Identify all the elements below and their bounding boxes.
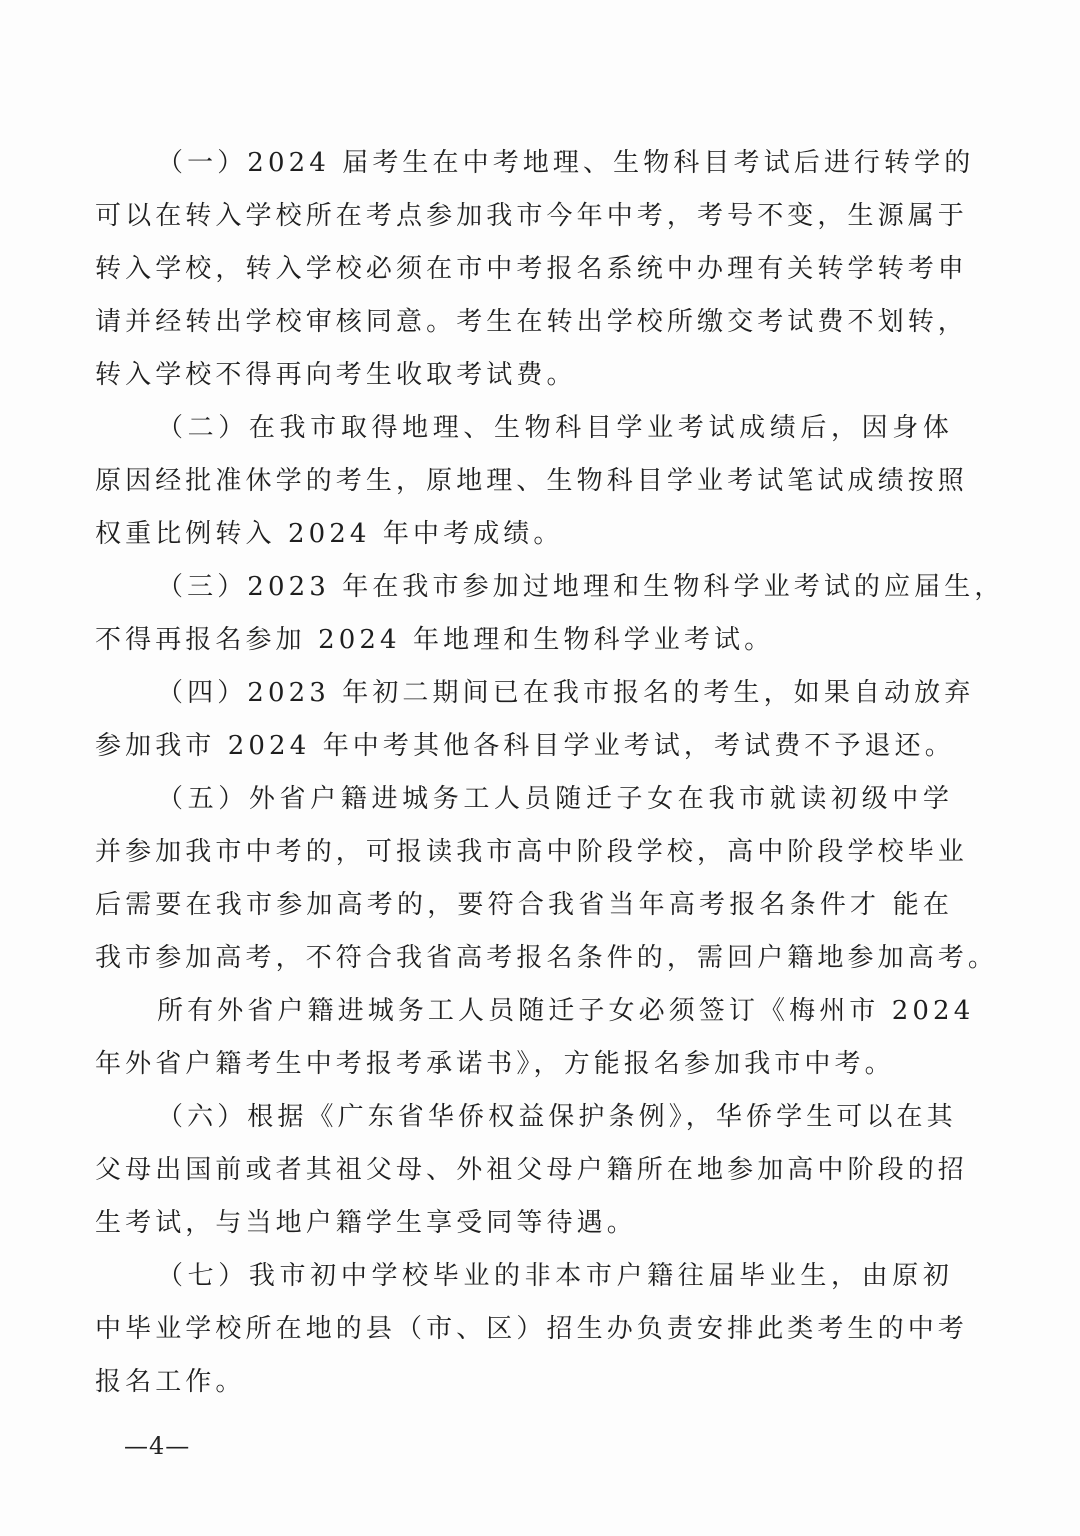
text-line: （五）外省户籍进城务工人员随迁子女在我市就读初级中学: [95, 777, 953, 830]
text-line: 年外省户籍考生中考报考承诺书》，方能报名参加我市中考。: [95, 1042, 953, 1095]
paragraph-item-5: （五）外省户籍进城务工人员随迁子女在我市就读初级中学 并参加我市中考的，可报读我…: [95, 777, 953, 989]
text-line: 参加我市 2024 年中考其他各科目学业考试，考试费不予退还。: [95, 724, 953, 777]
text-line: 我市参加高考，不符合我省高考报名条件的，需回户籍地参加高考。: [95, 936, 953, 989]
text-line: 转入学校，转入学校必须在市中考报名系统中办理有关转学转考申: [95, 247, 953, 300]
text-line: 父母出国前或者其祖父母、外祖父母户籍所在地参加高中阶段的招: [95, 1148, 953, 1201]
paragraph-item-6: （六）根据《广东省华侨权益保护条例》，华侨学生可以在其 父母出国前或者其祖父母、…: [95, 1095, 953, 1254]
text-line: （六）根据《广东省华侨权益保护条例》，华侨学生可以在其: [95, 1095, 953, 1148]
page-number: —4—: [124, 1431, 190, 1461]
text-line: 中毕业学校所在地的县（市、区）招生办负责安排此类考生的中考: [95, 1307, 953, 1360]
paragraph-item-2: （二）在我市取得地理、生物科目学业考试成绩后，因身体 原因经批准休学的考生，原地…: [95, 406, 953, 565]
text-line: （七）我市初中学校毕业的非本市户籍往届毕业生，由原初: [95, 1254, 953, 1307]
text-line: 生考试，与当地户籍学生享受同等待遇。: [95, 1201, 953, 1254]
document-page: （一）2024 届考生在中考地理、生物科目考试后进行转学的 可以在转入学校所在考…: [0, 0, 1080, 1536]
text-line: 所有外省户籍进城务工人员随迁子女必须签订《梅州市 2024: [95, 989, 953, 1042]
text-line: 原因经批准休学的考生，原地理、生物科目学业考试笔试成绩按照: [95, 459, 953, 512]
paragraph-item-7: （七）我市初中学校毕业的非本市户籍往届毕业生，由原初 中毕业学校所在地的县（市、…: [95, 1254, 953, 1413]
document-body: （一）2024 届考生在中考地理、生物科目考试后进行转学的 可以在转入学校所在考…: [95, 141, 953, 1413]
text-line: 权重比例转入 2024 年中考成绩。: [95, 512, 953, 565]
paragraph-item-4: （四）2023 年初二期间已在我市报名的考生，如果自动放弃 参加我市 2024 …: [95, 671, 953, 777]
paragraph-item-3: （三）2023 年在我市参加过地理和生物科学业考试的应届生， 不得再报名参加 2…: [95, 565, 953, 671]
text-line: 转入学校不得再向考生收取考试费。: [95, 353, 953, 406]
text-line: （三）2023 年在我市参加过地理和生物科学业考试的应届生，: [95, 565, 953, 618]
paragraph-item-5-note: 所有外省户籍进城务工人员随迁子女必须签订《梅州市 2024 年外省户籍考生中考报…: [95, 989, 953, 1095]
text-line: （一）2024 届考生在中考地理、生物科目考试后进行转学的: [95, 141, 953, 194]
text-line: 可以在转入学校所在考点参加我市今年中考，考号不变，生源属于: [95, 194, 953, 247]
text-line: （二）在我市取得地理、生物科目学业考试成绩后，因身体: [95, 406, 953, 459]
text-line: （四）2023 年初二期间已在我市报名的考生，如果自动放弃: [95, 671, 953, 724]
paragraph-item-1: （一）2024 届考生在中考地理、生物科目考试后进行转学的 可以在转入学校所在考…: [95, 141, 953, 406]
text-line: 不得再报名参加 2024 年地理和生物科学业考试。: [95, 618, 953, 671]
text-line: 报名工作。: [95, 1360, 953, 1413]
text-line: 后需要在我市参加高考的，要符合我省当年高考报名条件才 能在: [95, 883, 953, 936]
text-line: 请并经转出学校审核同意。考生在转出学校所缴交考试费不划转，: [95, 300, 953, 353]
text-line: 并参加我市中考的，可报读我市高中阶段学校，高中阶段学校毕业: [95, 830, 953, 883]
